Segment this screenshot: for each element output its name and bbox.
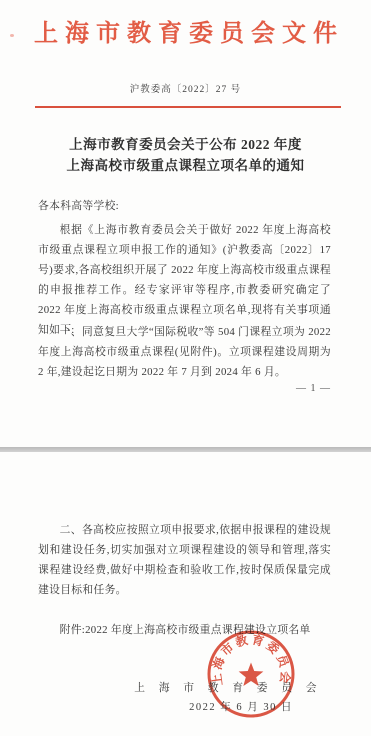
document-number: 沪教委高〔2022〕27 号: [0, 81, 371, 95]
document-scan: 上海市教育委员会文件 沪教委高〔2022〕27 号 上海市教育委员会关于公布 2…: [0, 0, 371, 736]
notice-title: 上海市教育委员会关于公布 2022 年度 上海高校市级重点课程立项名单的通知: [0, 134, 371, 176]
page-number: — 1 —: [296, 379, 331, 399]
body-paragraph-2: 一、同意复旦大学“国际税收”等 504 门课程立项为 2022 年度上海高校市级…: [38, 322, 331, 382]
letterhead-separator-rule: [35, 106, 341, 108]
issue-date: 2022 年 6 月 30 日: [189, 699, 293, 714]
body-paragraph-3: 二、各高校应按照立项申报要求,依据申报课程的建设规划和建设任务,切实加强对立项课…: [38, 520, 331, 600]
notice-title-line2: 上海高校市级重点课程立项名单的通知: [0, 155, 371, 176]
page-divider-band: [0, 447, 371, 452]
issuer-signature: 上 海 市 教 育 委 员 会: [134, 680, 322, 695]
salutation: 各本科高等学校:: [38, 196, 331, 216]
notice-title-line1: 上海市教育委员会关于公布 2022 年度: [0, 134, 371, 155]
letterhead-title: 上海市教育委员会文件: [0, 13, 371, 48]
